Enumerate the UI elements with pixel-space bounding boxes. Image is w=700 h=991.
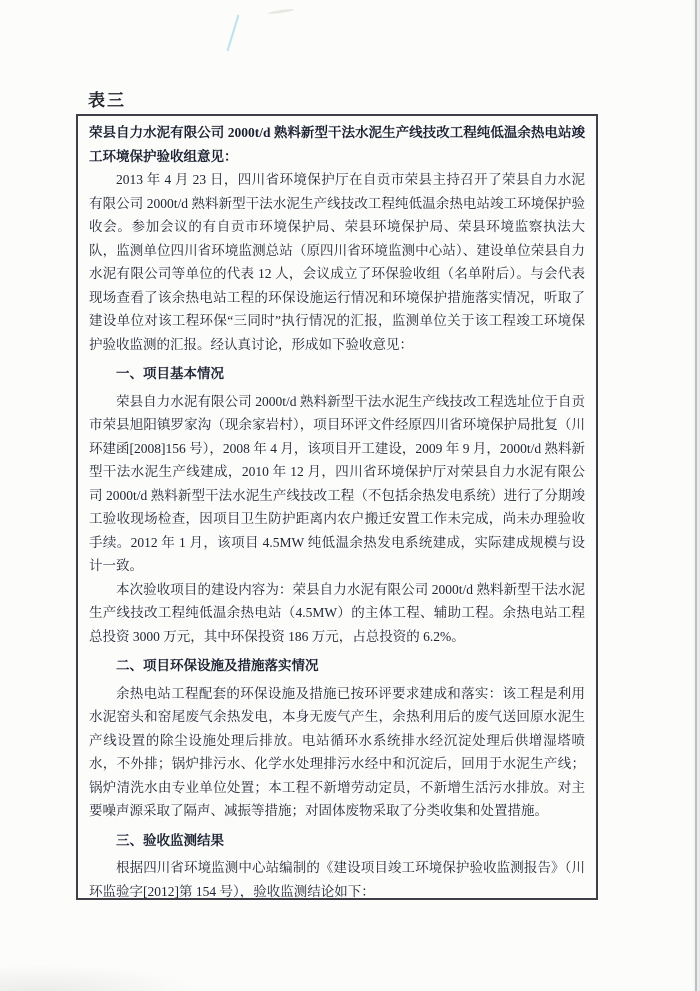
paragraph-monitoring-report: 根据四川省环境监测中心站编制的《建设项目竣工环境保护验收监测报告》（川环监验字[… [89,856,585,900]
section-heading-monitoring-results: 三、验收监测结果 [89,829,585,853]
section-heading-project-basics: 一、项目基本情况 [89,362,585,386]
bottom-scan-shade [0,965,200,991]
paragraph-construction-scope: 本次验收项目的建设内容为：荣县自力水泥有限公司 2000t/d 熟料新型干法水泥… [89,578,585,649]
blue-pen-scan-artifact [226,15,239,52]
scanned-document-page: 表三 荣县自力水泥有限公司 2000t/d 熟料新型干法水泥生产线技改工程纯低温… [0,0,700,991]
paragraph-project-history: 荣县自力水泥有限公司 2000t/d 熟料新型干法水泥生产线技改工程选址位于自贡… [89,390,585,578]
paragraph-meeting-overview: 2013 年 4 月 23 日，四川省环境保护厅在自贡市荣县主持召开了荣县自力水… [89,168,585,356]
scan-edge-line [695,0,697,991]
section-heading-env-measures: 二、项目环保设施及措施落实情况 [89,654,585,678]
gray-smudge-artifact [268,8,294,15]
document-title: 荣县自力水泥有限公司 2000t/d 熟料新型干法水泥生产线技改工程纯低温余热电… [89,121,585,168]
acceptance-opinion-box: 荣县自力水泥有限公司 2000t/d 熟料新型干法水泥生产线技改工程纯低温余热电… [76,114,598,900]
paragraph-env-facilities: 余热电站工程配套的环保设施及措施已按环评要求建成和落实：该工程是利用水泥窑头和窑… [89,682,585,823]
table-label: 表三 [88,86,126,111]
